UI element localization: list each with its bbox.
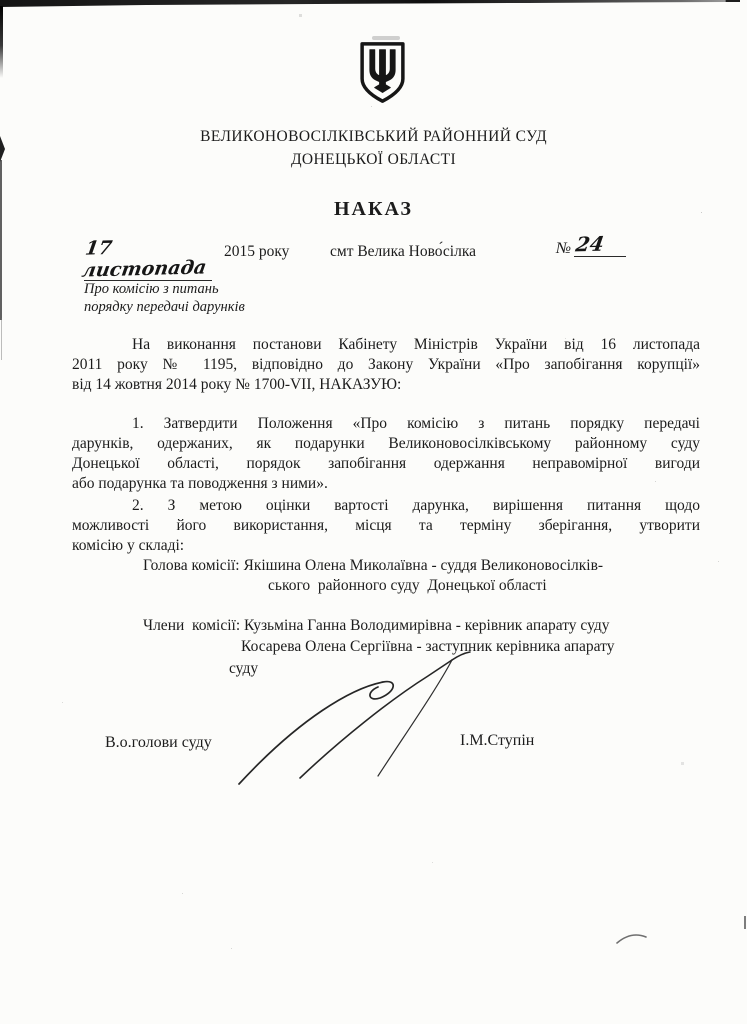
ukraine-trident-coat-of-arms-icon — [358, 40, 407, 106]
order-date-year: 2015 року — [224, 243, 289, 261]
commission-members-line1: Члени комісії: Кузьміна Ганна Володимирі… — [143, 616, 610, 636]
subject-line2: порядку передачі дарунків — [84, 299, 245, 317]
order-item-1: 1. Затвердити Положення «Про комісію з п… — [72, 414, 700, 494]
item2-line: 2. З метою оцінки вартості дарунка, вирі… — [72, 496, 700, 516]
order-number-label: № — [556, 240, 571, 258]
order-place: смт Велика Ново́сілка — [330, 243, 476, 261]
scan-top-edge-band — [0, 0, 733, 7]
signatory-name: І.М.Ступін — [460, 731, 534, 751]
scanned-order-document: ВЕЛИКОНОВОСІЛКІВСЬКИЙ РАЙОННИЙ СУД ДОНЕЦ… — [0, 0, 747, 1024]
document-type-title: НАКАЗ — [0, 198, 747, 221]
scan-right-edge-mark — [744, 916, 746, 929]
item2-line: комісію у складі: — [72, 536, 700, 556]
court-name-line1: ВЕЛИКОНОВОСІЛКІВСЬКИЙ РАЙОННИЙ СУД — [0, 128, 747, 146]
handwritten-signature-icon — [228, 645, 484, 795]
preamble-paragraph: На виконання постанови Кабінету Міністрі… — [72, 335, 700, 395]
scan-left-edge-line — [0, 160, 2, 320]
order-date-handwritten: 17 листопада — [84, 236, 212, 281]
commission-head-line2: ського районного суду Донецької області — [268, 576, 547, 596]
subject-line1: Про комісію з питань — [84, 281, 219, 299]
court-name-line2: ДОНЕЦЬКОЇ ОБЛАСТІ — [0, 151, 747, 169]
signature-position-label: В.о.голови суду — [105, 733, 212, 753]
preamble-line: 2011 року № 1195, відповідно до Закону У… — [72, 355, 700, 375]
item1-line: 1. Затвердити Положення «Про комісію з п… — [72, 414, 700, 434]
scan-noise-speckles — [0, 0, 1, 1]
scan-stray-pen-mark — [615, 930, 649, 946]
order-item-2: 2. З метою оцінки вартості дарунка, вирі… — [72, 496, 700, 556]
scan-left-edge-shadow — [0, 6, 3, 78]
scan-left-edge-faint-line — [1, 318, 2, 360]
order-number-value: 24 — [574, 232, 626, 257]
preamble-line: На виконання постанови Кабінету Міністрі… — [72, 335, 700, 355]
item1-line: Донецької області, порядок запобігання о… — [72, 454, 700, 474]
preamble-line: від 14 жовтня 2014 року № 1700-VII, НАКА… — [72, 375, 700, 395]
commission-head-line1: Голова комісії: Якішина Олена Миколаївна… — [143, 556, 603, 576]
item1-line: дарунків, одержаних, як подарунки Велико… — [72, 434, 700, 454]
item2-line: можливості його використання, місця та т… — [72, 516, 700, 536]
item1-line: або подарунка та поводження з ними». — [72, 474, 700, 494]
